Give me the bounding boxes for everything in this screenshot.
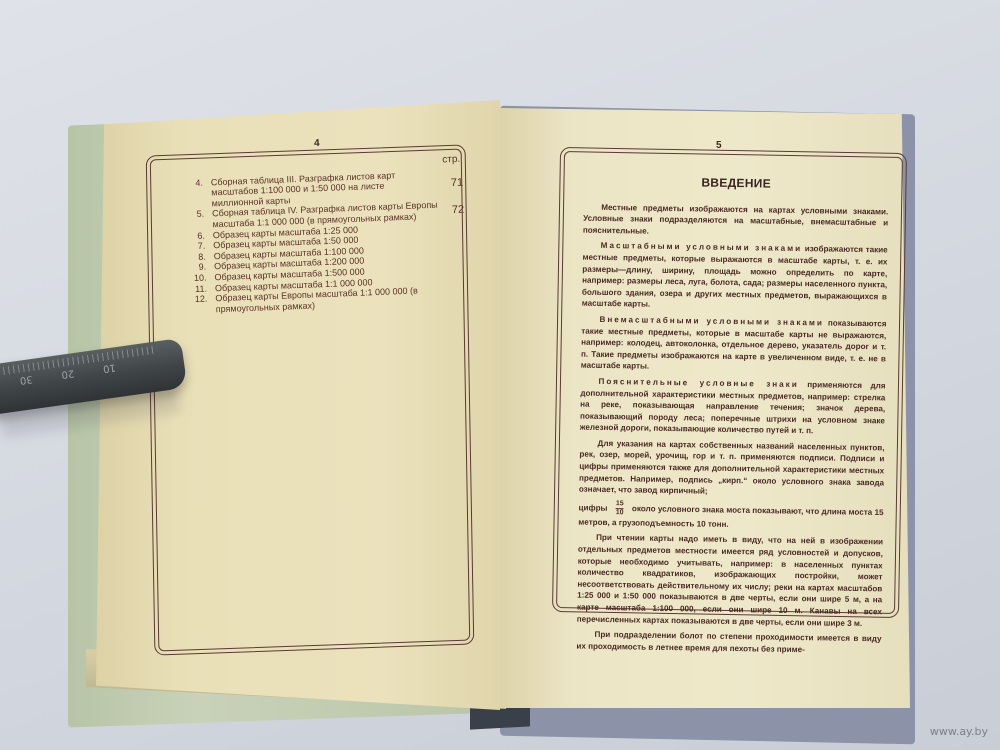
- paragraph: Местные предметы изображаются на картах …: [583, 201, 889, 241]
- paragraph: При подразделении болот по степени прохо…: [576, 629, 881, 657]
- paragraph: Для указания на картах собственных назва…: [579, 437, 885, 500]
- paragraph: цифры 1510 около условного знака моста п…: [578, 499, 883, 532]
- table-of-contents: стр. 4. Сборная таблица III. Разграфка л…: [182, 155, 468, 316]
- left-page-number: 4: [314, 138, 320, 149]
- paragraph: Внемасштабными условными знаками показыв…: [581, 314, 887, 377]
- paragraph: Масштабными условными знаками изображают…: [582, 240, 888, 314]
- photo-scene: 4 стр. 4. Сборная таблица III. Разграфка…: [0, 0, 1000, 750]
- watermark: www.ay.by: [930, 725, 988, 738]
- introduction-text: ВВЕДЕНИЕ Местные предметы изображаются н…: [576, 176, 889, 661]
- paragraph: При чтении карты надо иметь в виду, что …: [577, 532, 883, 630]
- fraction: 1510: [616, 500, 624, 517]
- paragraph: Пояснительные условные знаки применяются…: [580, 376, 886, 439]
